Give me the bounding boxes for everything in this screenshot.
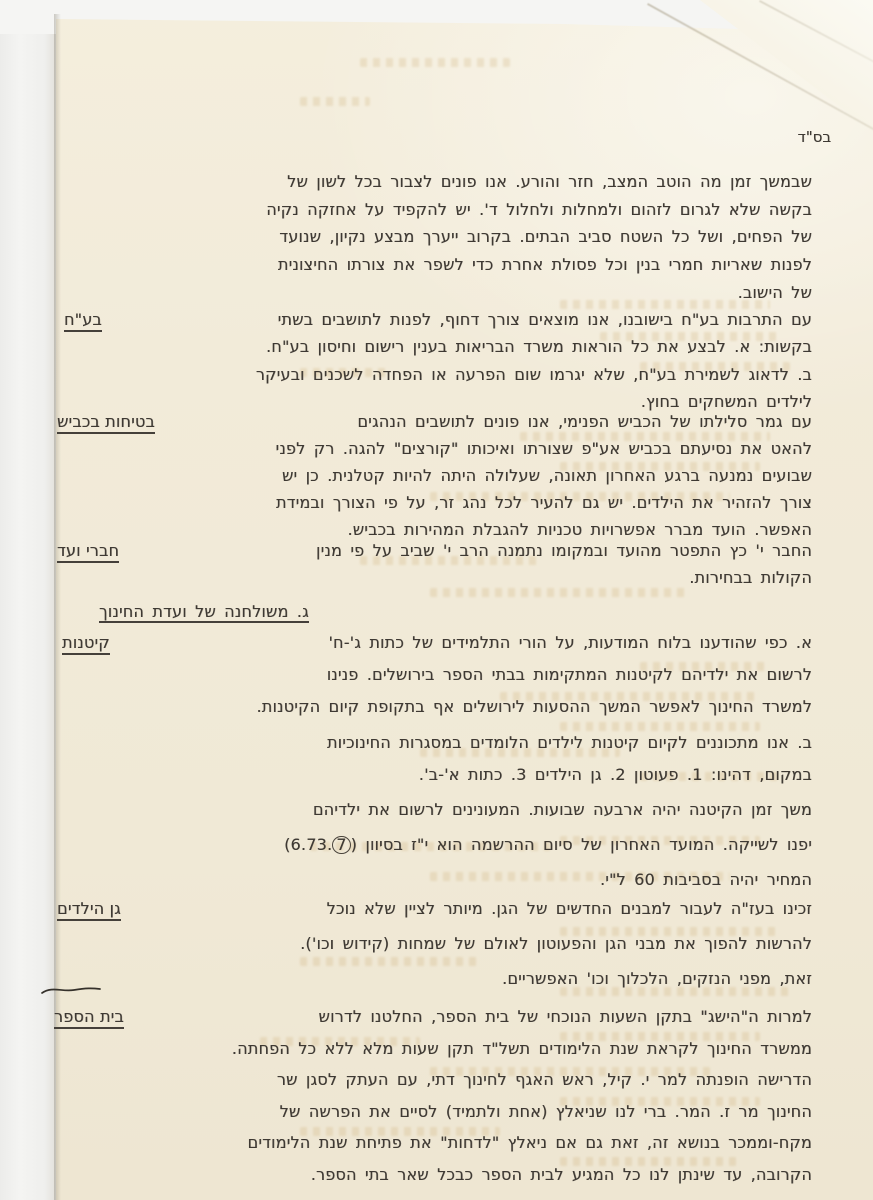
text-line: של הפחים, ושל כל השטח סביב הבתים. בקרוב … [279, 227, 812, 246]
text-line: לרשום את ילדיהם לקיטנות המתקימות בבתי הס… [327, 665, 812, 684]
text-line: א. כפי שהודענו בלוח המודעות, על הורי התל… [328, 633, 812, 652]
text-line: להרשות להפוך את מבני הגן והפעוטון לאולם … [300, 934, 812, 953]
text-line: שבמשך זמן מה הוטב המצב, חזר והורע. אנו פ… [287, 172, 812, 191]
text-line: הדרישה הופנתה למר י. קיל, ראש האגף לחינו… [277, 1070, 812, 1089]
scanner-background-left [0, 0, 56, 1200]
text-line: הקולות בבחירות. [689, 568, 812, 587]
bleed-through-text [560, 722, 760, 731]
text-line: במקום, דהינו: 1. פעוטון 2. גן הילדים 3. … [419, 765, 812, 784]
section-heading: ג. משולחנה של ועדת החינוך [99, 602, 309, 623]
bleed-through-text [360, 58, 510, 67]
margin-label: גן הילדים [57, 899, 121, 921]
text-line: המחיר יהיה בסביבות 60 ל"י. [600, 870, 812, 889]
text-line: עם התרבות בע"ח בישובנו, אנו מוצאים צורך … [278, 310, 812, 329]
text-line: לילדים המשחקים בחוץ. [641, 392, 812, 411]
text-line: ממשרד החינוך לקראת שנת הלימודים תשל"ד תק… [232, 1039, 812, 1058]
margin-label: בע"ח [64, 310, 102, 332]
text-line: מקח-וממכר בנושא זה, זאת גם אם ניאלץ "לדח… [248, 1133, 812, 1152]
text-line: בקשות: א. לבצע את כל הוראות משרד הבריאות… [266, 337, 812, 356]
text-line: משך זמן הקיטנה יהיה ארבעה שבועות. המעוני… [313, 800, 812, 819]
scanned-document: בס"ד שבמשך זמן מה הוטב המצב, חזר והורע. … [0, 0, 873, 1200]
circled-date-annotation: 7 [332, 836, 350, 854]
besed-mark: בס"ד [798, 128, 832, 146]
bleed-through-text [300, 957, 480, 966]
text-line: עם גמר סלילתו של הכביש הפנימי, אנו פונים… [357, 412, 812, 431]
text-line: של הישוב. [738, 283, 812, 302]
text-line: ב. לדאוג לשמירת בע"ח, שלא יגרמו שום הפרע… [256, 365, 812, 384]
text-line: למרות ה"הישג" בתקן השעות הנוכחי של בית ה… [319, 1007, 812, 1026]
text-line: שבועים נמנעה ברגע האחרון תאונה, שעלולה ה… [282, 466, 812, 485]
text-line: למשרד החינוך לאפשר המשך ההסעות לירושלים … [257, 697, 813, 716]
text-line: בקשה שלא לגרום לזהום ולמחלות ולחלול ד'. … [266, 200, 812, 219]
text-line: להאט את נסיעתם בכביש אע"פ שצורתו ואיכותו… [276, 439, 812, 458]
text-line: ב. אנו מתכוננים לקיום קיטנות לילדים הלומ… [327, 733, 812, 752]
text-line: הקרובה, עד שינתן לנו כל המגיע לבית הספר … [311, 1165, 812, 1184]
margin-label: בית הספר [54, 1007, 124, 1029]
text-line: צורך להזהיר את הילדים. יש גם להעיר לכל נ… [276, 493, 812, 512]
text-line: החינוך מר ז. המר. ברי לנו שניאלץ (אחת ול… [280, 1102, 812, 1121]
bleed-through-text [300, 97, 370, 106]
pen-mark [40, 980, 120, 1004]
text-line: האפשר. הועד מברר אפשרויות טכניות להגבלת … [347, 520, 812, 539]
margin-label: קיטנות [62, 633, 110, 655]
text-line: החבר י' כץ התפטר מהועד ובמקומו נתמנה הרב… [316, 541, 812, 560]
margin-label: חברי ועד [57, 541, 119, 563]
text-line: זכינו בעז"ה לעבור למבנים החדשים של הגן. … [327, 899, 812, 918]
text-line: לפנות שאריות חמרי בנין וכל פסולת אחרת כד… [278, 255, 812, 274]
text-line: זאת, מפני הנזקים, הלכלוך וכו' האפשריים. [502, 969, 812, 988]
bleed-through-text [560, 987, 790, 996]
margin-label: בטיחות בכביש [57, 412, 155, 434]
bleed-through-text [430, 588, 690, 597]
text-line: יפנו לשייקה. המועד האחרון של סיום ההרשמה… [284, 835, 812, 854]
